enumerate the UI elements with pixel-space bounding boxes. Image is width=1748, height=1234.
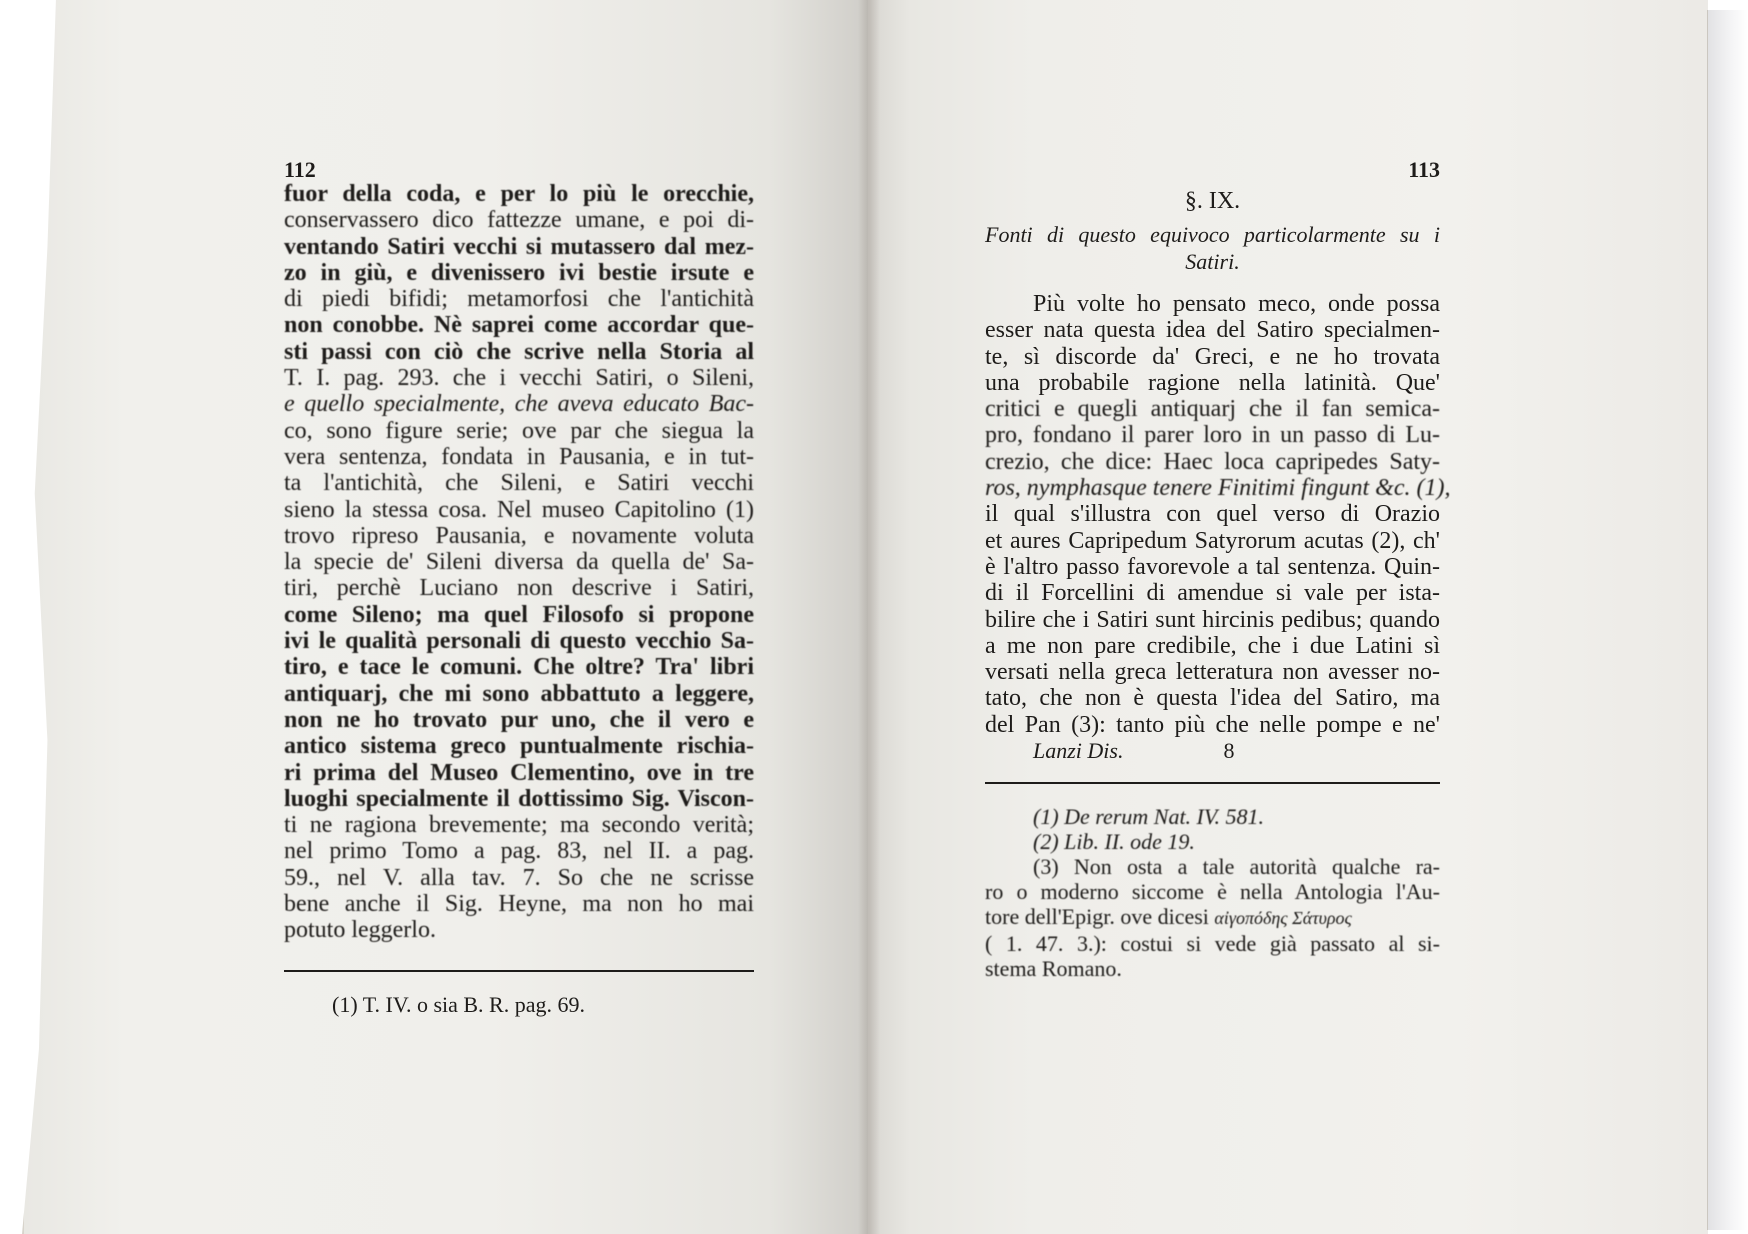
footnote-rule bbox=[985, 782, 1440, 784]
text-line: ros, nymphasque tenere Finitimi fingunt … bbox=[985, 475, 1440, 501]
text-line: fuor della coda, e per lo più le orecchi… bbox=[284, 181, 754, 207]
footnotes: (1) De rerum Nat. IV. 581. (2) Lib. II. … bbox=[985, 804, 1440, 981]
subtitle-line: Satiri. bbox=[985, 248, 1440, 275]
text-line: bilire che i Satiri sunt hircinis pedibu… bbox=[985, 607, 1440, 633]
footnote-rule bbox=[284, 970, 754, 972]
greek-phrase: αἰγοπόδης Σάτυρος bbox=[1214, 908, 1351, 928]
text-line: sti passi con ciò che scrive nella Stori… bbox=[284, 339, 754, 365]
text-line: trovo ripreso Pausania, e novamente volu… bbox=[284, 523, 754, 549]
text-line: esser nata questa idea del Satiro specia… bbox=[985, 317, 1440, 343]
text-line: et aures Capripedum Satyrorum acutas (2)… bbox=[985, 528, 1440, 554]
left-page-text: 112 fuor della coda, e per lo più le ore… bbox=[284, 157, 754, 1017]
text-line: sieno la stessa cosa. Nel museo Capitoli… bbox=[284, 497, 754, 523]
subtitle-line: Fonti di questo equivoco particolarmente… bbox=[985, 221, 1440, 248]
text-line: una probabile ragione nella latinità. Qu… bbox=[985, 370, 1440, 396]
text-line: del Pan (3): tanto più che nelle pompe e… bbox=[985, 712, 1440, 738]
text-line: a me non pare credibile, che i due Latin… bbox=[985, 633, 1440, 659]
text-line: il qual s'illustra con quel verso di Ora… bbox=[985, 501, 1440, 527]
signature-label: Lanzi Dis. bbox=[1033, 738, 1123, 764]
section-subtitle: Fonti di questo equivoco particolarmente… bbox=[985, 221, 1440, 275]
footnote: (2) Lib. II. ode 19. bbox=[985, 829, 1440, 854]
text-line: Più volte ho pensato meco, onde possa bbox=[985, 291, 1440, 317]
text-line: zo in giù, e divenissero ivi bestie irsu… bbox=[284, 260, 754, 286]
left-body-text: fuor della coda, e per lo più le orecchi… bbox=[284, 181, 754, 944]
text-line: pro, fondano il parer loro in un passo d… bbox=[985, 422, 1440, 448]
text-line: nel primo Tomo a pag. 83, nel II. a pag. bbox=[284, 838, 754, 864]
text-line: antiquarj, che mi sono abbattuto a legge… bbox=[284, 681, 754, 707]
text-line: la specie de' Sileni diversa da quella d… bbox=[284, 549, 754, 575]
text-line: ti ne ragiona brevemente; ma secondo ver… bbox=[284, 812, 754, 838]
text-line: tiri, perchè Luciano non descrive i Sati… bbox=[284, 575, 754, 601]
footnote: (1) De rerum Nat. IV. 581. bbox=[985, 804, 1440, 829]
text-line: di piedi bifidi; metamorfosi che l'antic… bbox=[284, 286, 754, 312]
text-line: ta l'antichità, che Sileni, e Satiri vec… bbox=[284, 470, 754, 496]
text-line: conservassero dico fattezze umane, e poi… bbox=[284, 207, 754, 233]
text-line: luoghi specialmente il dottissimo Sig. V… bbox=[284, 786, 754, 812]
text-line: e quello specialmente, che aveva educato… bbox=[284, 391, 754, 417]
spacer bbox=[985, 275, 1440, 291]
footnote-continuation: stema Romano. bbox=[985, 956, 1440, 981]
text-line: di il Forcellini di amendue si vale per … bbox=[985, 580, 1440, 606]
text-line: T. I. pag. 293. che i vecchi Satiri, o S… bbox=[284, 365, 754, 391]
book-spread: 112 fuor della coda, e per lo più le ore… bbox=[0, 0, 1748, 1234]
text-line: co, sono figure serie; ove par che siegu… bbox=[284, 418, 754, 444]
footnote-continuation: ( 1. 47. 3.): costui si vede già passato… bbox=[985, 931, 1440, 956]
text-line: crezio, che dice: Haec loca capripedes S… bbox=[985, 449, 1440, 475]
text-line: versati nella greca letteratura non aves… bbox=[985, 659, 1440, 685]
text-line: te, sì discorde da' Greci, e ne ho trova… bbox=[985, 344, 1440, 370]
text-line: non conobbe. Nè saprei come accordar que… bbox=[284, 312, 754, 338]
text-line: critici e quegli antiquarj che il fan se… bbox=[985, 396, 1440, 422]
footnote-continuation: tore dell'Epigr. ove dicesi αἰγοπόδης Σά… bbox=[985, 904, 1440, 931]
right-page-text: 113 §. IX. Fonti di questo equivoco part… bbox=[985, 157, 1440, 981]
text-line: bene anche il Sig. Heyne, ma non ho mai bbox=[284, 891, 754, 917]
text-line: antico sistema greco puntualmente rischi… bbox=[284, 733, 754, 759]
signature-line: Lanzi Dis. 8 bbox=[985, 738, 1440, 764]
page-number-left: 112 bbox=[284, 157, 754, 181]
text-line: potuto leggerlo. bbox=[284, 917, 754, 943]
footnote-text: tore dell'Epigr. ove dicesi bbox=[985, 904, 1209, 929]
right-body-text: Più volte ho pensato meco, onde possa es… bbox=[985, 291, 1440, 738]
text-line: vera sentenza, fondata in Pausania, e in… bbox=[284, 444, 754, 470]
footnote-continuation: ro o moderno siccome è nella Antologia l… bbox=[985, 879, 1440, 904]
text-line: ivi le qualità personali di questo vecch… bbox=[284, 628, 754, 654]
book-gutter bbox=[858, 0, 880, 1234]
text-line: è l'altro passo favorevole a tal sentenz… bbox=[985, 554, 1440, 580]
footnote: (3) Non osta a tale autorità qualche ra- bbox=[985, 854, 1440, 879]
text-line: tiro, e tace le comuni. Che oltre? Tra' … bbox=[284, 654, 754, 680]
text-line: 59., nel V. alla tav. 7. So che ne scris… bbox=[284, 865, 754, 891]
signature-number: 8 bbox=[1223, 738, 1234, 764]
text-line: tato, che non è questa l'idea del Satiro… bbox=[985, 685, 1440, 711]
footnote: (1) T. IV. o sia B. R. pag. 69. bbox=[284, 992, 754, 1017]
section-title: §. IX. bbox=[985, 181, 1440, 221]
text-line: come Sileno; ma quel Filosofo si propone bbox=[284, 602, 754, 628]
page-number-right: 113 bbox=[1408, 157, 1440, 181]
text-line: ri prima del Museo Clementino, ove in tr… bbox=[284, 760, 754, 786]
text-line: ventando Satiri vecchi si mutassero dal … bbox=[284, 234, 754, 260]
text-line: non ne ho trovato pur uno, che il vero e bbox=[284, 707, 754, 733]
